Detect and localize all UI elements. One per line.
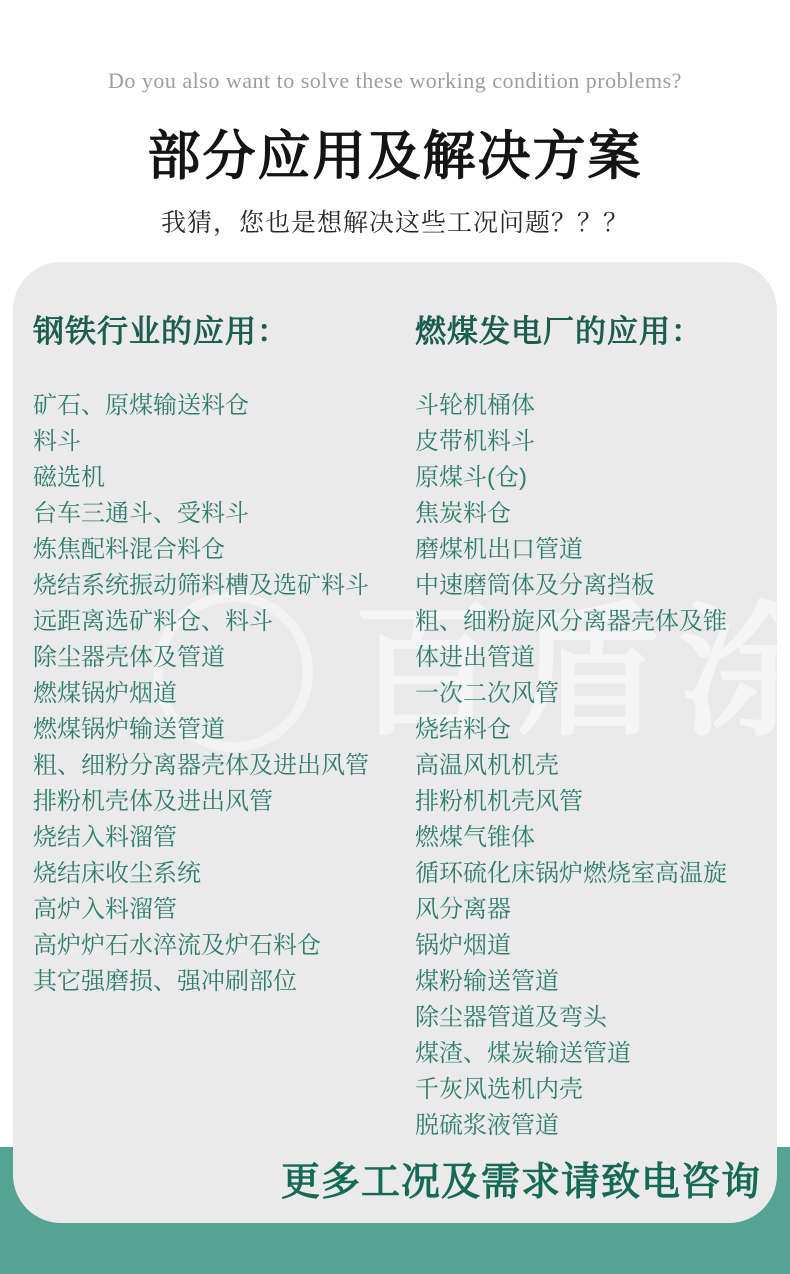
page-subtitle: 我猜，您也是想解决这些工况问题？？？ — [0, 203, 790, 239]
list-item: 磨煤机出口管道 — [415, 532, 727, 568]
list-item: 原煤斗(仓) — [415, 460, 727, 496]
list-item: 斗轮机桶体 — [415, 388, 727, 424]
list-item: 脱硫浆液管道 — [415, 1108, 727, 1144]
list-item: 料斗 — [33, 424, 369, 460]
page-title: 部分应用及解决方案 — [0, 128, 790, 186]
list-item: 燃煤锅炉输送管道 — [33, 712, 369, 748]
list-item: 粗、细粉旋风分离器壳体及锥 — [415, 604, 727, 640]
list-item: 其它强磨损、强冲刷部位 — [33, 964, 369, 1000]
list-item: 炼焦配料混合料仓 — [33, 532, 369, 568]
applications-card: 百盾涂层 钢铁行业的应用： 燃煤发电厂的应用： 矿石、原煤输送料仓料斗磁选机台车… — [13, 262, 777, 1223]
list-item: 皮带机料斗 — [415, 424, 727, 460]
list-item: 高温风机机壳 — [415, 748, 727, 784]
list-item: 矿石、原煤输送料仓 — [33, 388, 369, 424]
list-item: 锅炉烟道 — [415, 928, 727, 964]
list-item: 焦炭料仓 — [415, 496, 727, 532]
list-item: 高炉入料溜管 — [33, 892, 369, 928]
list-item: 烧结床收尘系统 — [33, 856, 369, 892]
list-item: 千灰风选机内壳 — [415, 1072, 727, 1108]
list-item: 煤渣、煤炭输送管道 — [415, 1036, 727, 1072]
list-item: 高炉炉石水淬流及炉石料仓 — [33, 928, 369, 964]
list-item: 除尘器壳体及管道 — [33, 640, 369, 676]
list-item: 除尘器管道及弯头 — [415, 1000, 727, 1036]
list-item: 排粉机机壳风管 — [415, 784, 727, 820]
coal-power-plant-header: 燃煤发电厂的应用： — [415, 306, 703, 351]
list-item: 循环硫化床锅炉燃烧室高温旋 — [415, 856, 727, 892]
list-item: 烧结系统振动筛料槽及选矿料斗 — [33, 568, 369, 604]
list-item: 煤粉输送管道 — [415, 964, 727, 1000]
list-item: 体进出管道 — [415, 640, 727, 676]
list-item: 排粉机壳体及进出风管 — [33, 784, 369, 820]
list-item: 远距离选矿料仓、料斗 — [33, 604, 369, 640]
list-item: 磁选机 — [33, 460, 369, 496]
coal-power-plant-list: 斗轮机桶体皮带机料斗原煤斗(仓)焦炭料仓磨煤机出口管道中速磨筒体及分离挡板粗、细… — [415, 388, 727, 1144]
list-item: 一次二次风管 — [415, 676, 727, 712]
list-item: 台车三通斗、受料斗 — [33, 496, 369, 532]
list-item: 风分离器 — [415, 892, 727, 928]
list-item: 燃煤锅炉烟道 — [33, 676, 369, 712]
list-item: 烧结料仓 — [415, 712, 727, 748]
english-tagline: Do you also want to solve these working … — [0, 68, 790, 94]
steel-industry-header: 钢铁行业的应用： — [33, 306, 289, 351]
list-item: 燃煤气锥体 — [415, 820, 727, 856]
contact-cta-text: 更多工况及需求请致电咨询 — [281, 1151, 761, 1207]
list-item: 中速磨筒体及分离挡板 — [415, 568, 727, 604]
list-item: 粗、细粉分离器壳体及进出风管 — [33, 748, 369, 784]
list-item: 烧结入料溜管 — [33, 820, 369, 856]
steel-industry-list: 矿石、原煤输送料仓料斗磁选机台车三通斗、受料斗炼焦配料混合料仓烧结系统振动筛料槽… — [33, 388, 369, 1000]
